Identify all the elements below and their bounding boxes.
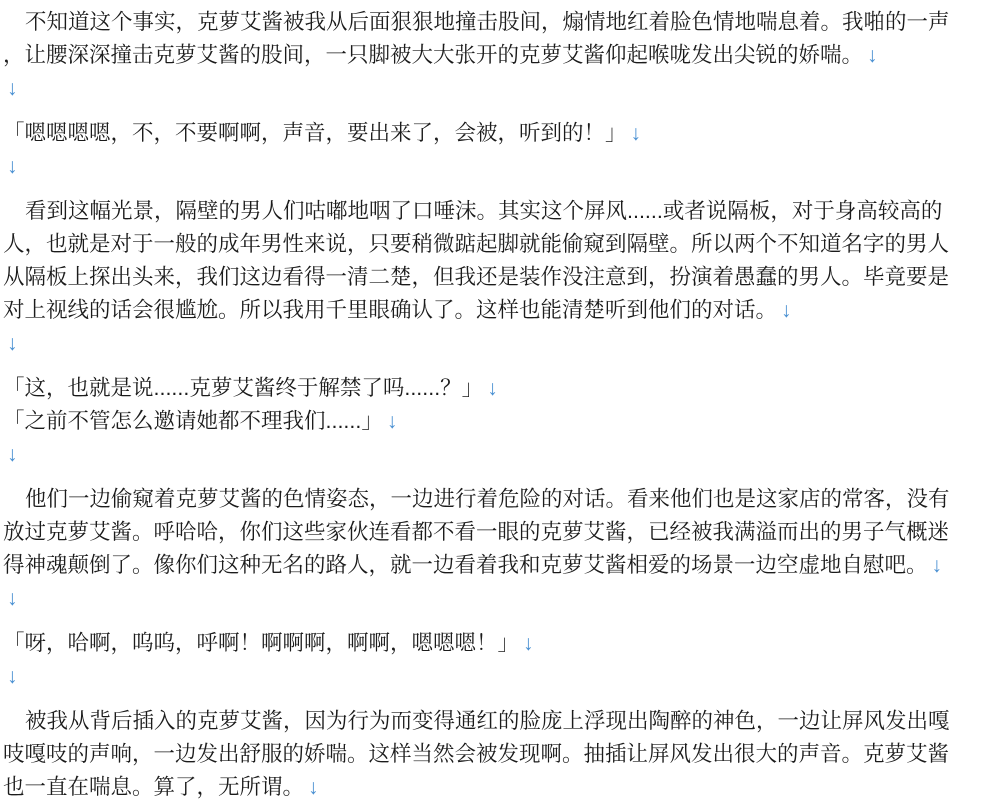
dialogue-paragraph: 「呀，哈啊，呜呜，呼啊！啊啊啊，啊啊，嗯嗯嗯！」↓	[3, 627, 979, 660]
line-break-arrow-icon: ↓	[387, 410, 398, 433]
text-line-content: ，让腰深深撞击克萝艾酱的股间，一只脚被大大张开的克萝艾酱仰起喉咙发出尖锐的娇喘。	[3, 43, 863, 67]
text-line-content: 人，也就是对于一般的成年男性来说，只要稍微踮起脚就能偷窥到隔壁。所以两个不知道名…	[3, 232, 949, 256]
text-line: 「这，也就是说......克萝艾酱终于解禁了吗......？」↓	[3, 372, 979, 405]
text-line: 「嗯嗯嗯嗯，不，不要啊啊，声音，要出来了，会被，听到的！」↓	[3, 117, 979, 150]
text-line: 被我从背后插入的克萝艾酱，因为行为而变得通红的脸庞上浮现出陶醉的神色，一边让屏风…	[3, 705, 979, 738]
line-break-arrow-icon: ↓	[7, 587, 18, 610]
line-break-arrow-icon: ↓	[7, 332, 18, 355]
line-break-arrow-icon: ↓	[7, 155, 18, 178]
text-line-content: 「之前不管怎么邀请她都不理我们......」	[3, 409, 383, 433]
narrative-paragraph: 不知道这个事实，克萝艾酱被我从后面狠狠地撞击股间，煽情地红着脸色情地喘息着。我啪…	[3, 6, 979, 72]
text-line-content: 不知道这个事实，克萝艾酱被我从后面狠狠地撞击股间，煽情地红着脸色情地喘息着。我啪…	[25, 10, 950, 34]
text-line-content: 吱嘎吱的声响，一边发出舒服的娇喘。这样当然会被发现啊。抽插让屏风发出很大的声音。…	[3, 742, 949, 766]
text-line: 从隔板上探出头来，我们这边看得一清二楚，但我还是装作没注意到，扮演着愚蠢的男人。…	[3, 261, 979, 294]
text-line: 「呀，哈啊，呜呜，呼啊！啊啊啊，啊啊，嗯嗯嗯！」↓	[3, 627, 979, 660]
line-break-arrow-icon: ↓	[867, 44, 878, 67]
text-line: 「之前不管怎么邀请她都不理我们......」↓	[3, 405, 979, 438]
line-break-arrow-icon: ↓	[7, 665, 18, 688]
empty-line-break: ↓	[3, 327, 979, 360]
text-line-content: 对上视线的话会很尴尬。所以我用千里眼确认了。这样也能清楚听到他们的对话。	[3, 298, 777, 322]
empty-line-break: ↓	[3, 660, 979, 693]
text-line: 看到这幅光景，隔壁的男人们咕嘟地咽了口唾沫。其实这个屏风......或者说隔板，…	[3, 195, 979, 228]
line-break-arrow-icon: ↓	[7, 443, 18, 466]
text-line: 人，也就是对于一般的成年男性来说，只要稍微踮起脚就能偷窥到隔壁。所以两个不知道名…	[3, 228, 979, 261]
text-line: 他们一边偷窥着克萝艾酱的色情姿态，一边进行着危险的对话。看来他们也是这家店的常客…	[3, 483, 979, 516]
text-line-content: 从隔板上探出头来，我们这边看得一清二楚，但我还是装作没注意到，扮演着愚蠢的男人。…	[3, 265, 949, 289]
text-line: 吱嘎吱的声响，一边发出舒服的娇喘。这样当然会被发现啊。抽插让屏风发出很大的声音。…	[3, 738, 979, 771]
text-line: 对上视线的话会很尴尬。所以我用千里眼确认了。这样也能清楚听到他们的对话。↓	[3, 294, 979, 327]
text-line: 放过克萝艾酱。呼哈哈，你们这些家伙连看都不看一眼的克萝艾酱，已经被我满溢而出的男…	[3, 516, 979, 549]
line-break-arrow-icon: ↓	[7, 77, 18, 100]
line-break-arrow-icon: ↓	[308, 776, 319, 799]
narrative-paragraph: 看到这幅光景，隔壁的男人们咕嘟地咽了口唾沫。其实这个屏风......或者说隔板，…	[3, 195, 979, 327]
empty-line-break: ↓	[3, 582, 979, 615]
text-line-content: 得神魂颠倒了。像你们这种无名的路人，就一边看着我和克萝艾酱相爱的场景一边空虚地自…	[3, 553, 928, 577]
dialogue-paragraph: 「这，也就是说......克萝艾酱终于解禁了吗......？」↓	[3, 372, 979, 405]
text-line: 得神魂颠倒了。像你们这种无名的路人，就一边看着我和克萝艾酱相爱的场景一边空虚地自…	[3, 549, 979, 582]
text-line-content: 「呀，哈啊，呜呜，呼啊！啊啊啊，啊啊，嗯嗯嗯！」	[3, 631, 519, 655]
empty-line-break: ↓	[3, 72, 979, 105]
text-line-content: 也一直在喘息。算了，无所谓。	[3, 775, 304, 799]
text-line-content: 「嗯嗯嗯嗯，不，不要啊啊，声音，要出来了，会被，听到的！」	[3, 121, 627, 145]
narrative-paragraph: 他们一边偷窥着克萝艾酱的色情姿态，一边进行着危险的对话。看来他们也是这家店的常客…	[3, 483, 979, 582]
text-line-content: 他们一边偷窥着克萝艾酱的色情姿态，一边进行着危险的对话。看来他们也是这家店的常客…	[25, 487, 950, 511]
text-line-content: 看到这幅光景，隔壁的男人们咕嘟地咽了口唾沫。其实这个屏风......或者说隔板，…	[25, 199, 942, 223]
empty-line-break: ↓	[3, 438, 979, 471]
dialogue-paragraph: 「之前不管怎么邀请她都不理我们......」↓	[3, 405, 979, 438]
text-line-content: 放过克萝艾酱。呼哈哈，你们这些家伙连看都不看一眼的克萝艾酱，已经被我满溢而出的男…	[3, 520, 949, 544]
text-line: 不知道这个事实，克萝艾酱被我从后面狠狠地撞击股间，煽情地红着脸色情地喘息着。我啪…	[3, 6, 979, 39]
line-break-arrow-icon: ↓	[523, 632, 534, 655]
text-line: ，让腰深深撞击克萝艾酱的股间，一只脚被大大张开的克萝艾酱仰起喉咙发出尖锐的娇喘。…	[3, 39, 979, 72]
line-break-arrow-icon: ↓	[487, 377, 498, 400]
narrative-paragraph: 被我从背后插入的克萝艾酱，因为行为而变得通红的脸庞上浮现出陶醉的神色，一边让屏风…	[3, 705, 979, 804]
empty-line-break: ↓	[3, 150, 979, 183]
novel-text-page: 不知道这个事实，克萝艾酱被我从后面狠狠地撞击股间，煽情地红着脸色情地喘息着。我啪…	[0, 0, 987, 804]
line-break-arrow-icon: ↓	[631, 122, 642, 145]
text-line: 也一直在喘息。算了，无所谓。↓	[3, 771, 979, 804]
text-line-content: 「这，也就是说......克萝艾酱终于解禁了吗......？」	[3, 376, 483, 400]
dialogue-paragraph: 「嗯嗯嗯嗯，不，不要啊啊，声音，要出来了，会被，听到的！」↓	[3, 117, 979, 150]
line-break-arrow-icon: ↓	[781, 299, 792, 322]
line-break-arrow-icon: ↓	[932, 554, 943, 577]
text-line-content: 被我从背后插入的克萝艾酱，因为行为而变得通红的脸庞上浮现出陶醉的神色，一边让屏风…	[25, 709, 950, 733]
